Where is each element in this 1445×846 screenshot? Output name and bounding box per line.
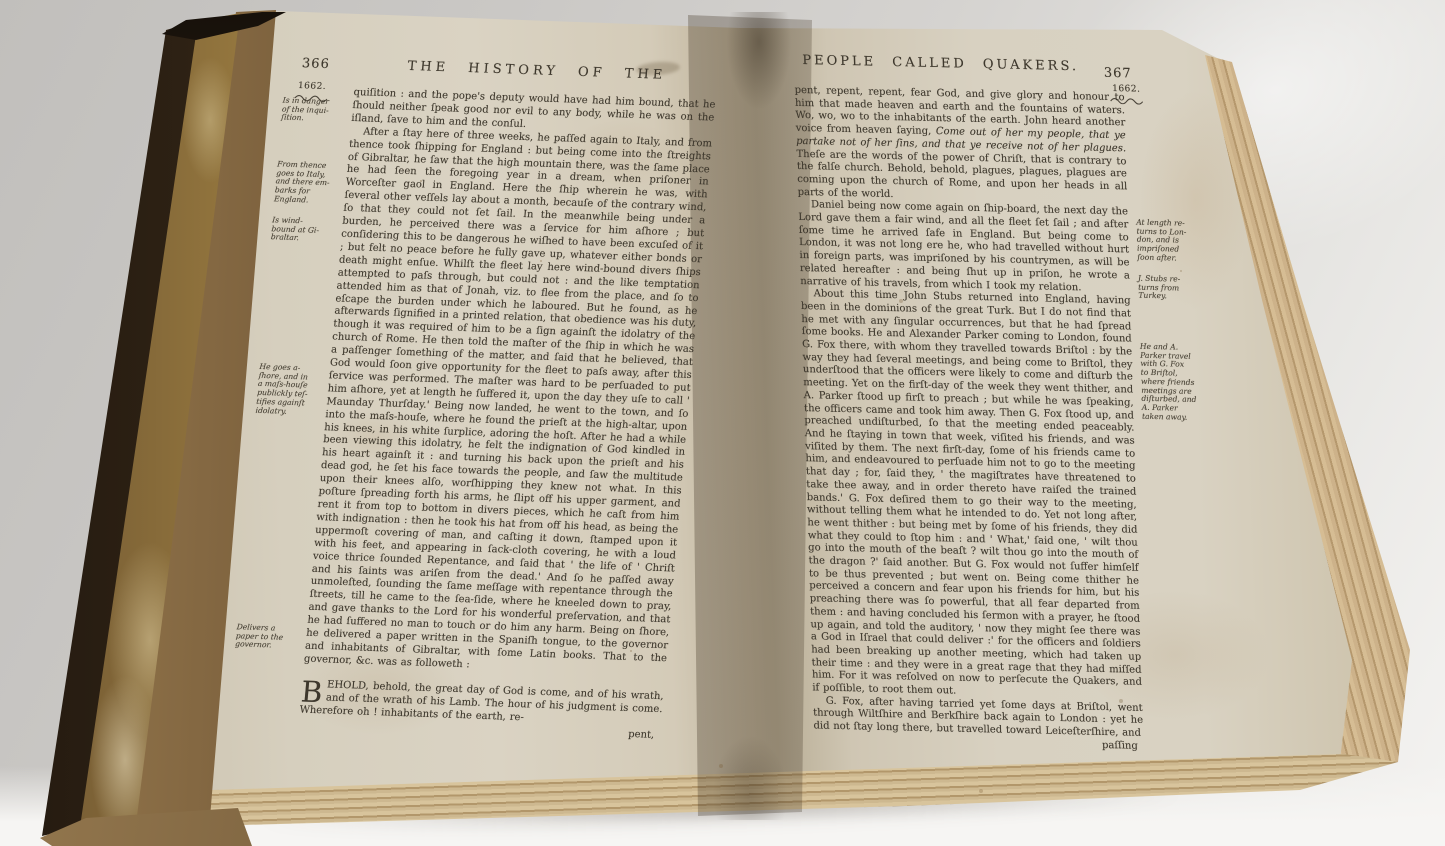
paragraph: G. Fox, after having tarried yet ſome da… <box>813 695 1144 741</box>
letter-text: EHOLD, behold, the great day of God is c… <box>299 679 664 723</box>
left-page-text: quiſition : and the pope's deputy would … <box>298 87 716 742</box>
margin-note: He and A. Parker travel with G. Fox to B… <box>1140 343 1204 423</box>
paragraph: pent, repent, repent, fear God, and give… <box>794 85 1127 207</box>
page-number-right: 367 <box>1104 66 1132 82</box>
right-page-text: pent, repent, repent, fear God, and give… <box>794 85 1144 754</box>
gutter-shadow-bottom <box>700 690 800 820</box>
margin-note: Is in danger of the inqui- ſition. <box>281 97 345 125</box>
running-header-right: PEOPLE CALLED QUAKERS. <box>788 53 1094 75</box>
paragraph: About this time John Stubs returned into… <box>801 288 1143 702</box>
margin-note: He goes a- ſhore, and in a maſs-houſe pu… <box>255 363 322 417</box>
right-page: PEOPLE CALLED QUAKERS. 367 1662. At leng… <box>787 39 1278 765</box>
photo-background: 366 THE HISTORY OF THE 1662. Is in dange… <box>0 0 1445 846</box>
paragraph: Daniel being now come again on ſhip-boar… <box>798 199 1131 295</box>
margin-note: Is wind- bound at Gi- braltar. <box>270 216 334 244</box>
margin-note: J. Stubs re- turns from Turkey. <box>1138 275 1201 303</box>
margin-year-text: 1662. <box>297 81 326 92</box>
paragraph: After a ſtay here of three weeks, he paſ… <box>303 126 712 679</box>
running-header-left: THE HISTORY OF THE <box>355 57 718 85</box>
drop-cap-initial: B <box>300 678 327 704</box>
margin-note: Delivers a paper to the governor. <box>235 623 299 651</box>
margin-note: At length re- turns to Lon- don, and is … <box>1136 219 1199 264</box>
page-number-left: 366 <box>301 56 330 72</box>
paragraph-end: Theſe are the words of the power of Chri… <box>796 148 1127 199</box>
left-page: 366 THE HISTORY OF THE 1662. Is in dange… <box>225 43 732 772</box>
margin-note: From thence goes to Italy, and there em-… <box>274 160 340 206</box>
